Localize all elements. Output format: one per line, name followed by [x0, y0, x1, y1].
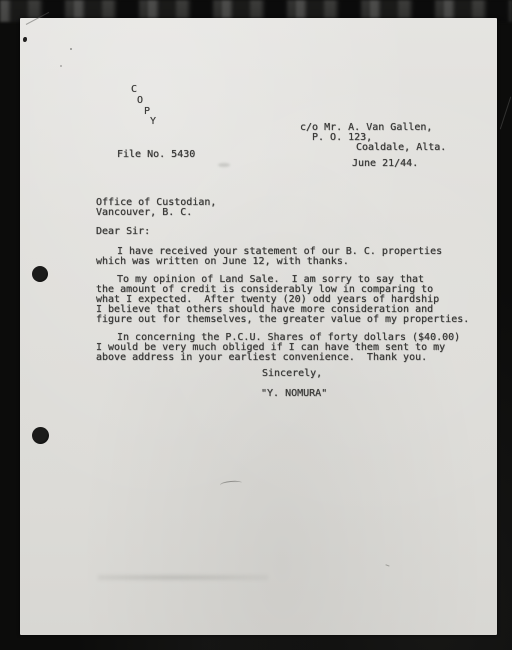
recipient-line-2: Vancouver, B. C.	[96, 208, 192, 218]
pencil-mark	[220, 480, 242, 488]
copy-letter-c: C	[131, 84, 137, 95]
signature: "Y. NOMURA"	[261, 389, 327, 399]
copy-letter-y: Y	[150, 116, 156, 127]
hole-punch-bottom	[32, 427, 49, 444]
faint-ghost-writing	[98, 573, 268, 582]
copy-letter-o: O	[137, 95, 143, 106]
body-line: figure out for themselves, the greater v…	[96, 315, 469, 325]
hole-punch-top	[32, 266, 48, 282]
ink-speck	[23, 37, 27, 42]
file-number: File No. 5430	[117, 150, 195, 160]
body-line: above address in your earliest convenien…	[96, 353, 427, 363]
return-address-line-3: Coaldale, Alta.	[356, 143, 446, 153]
body-line: which was written on June 12, with thank…	[96, 257, 349, 267]
closing: Sincerely,	[262, 369, 322, 379]
letter-date: June 21/44.	[352, 159, 418, 169]
paper-smudge	[218, 163, 230, 167]
salutation: Dear Sir:	[96, 227, 150, 237]
paper-speck	[70, 48, 72, 50]
paper-speck	[60, 65, 62, 67]
pencil-tick-mark	[385, 561, 390, 566]
scanned-letter-paper: C O P Y c/o Mr. A. Van Gallen, P. O. 123…	[20, 18, 497, 635]
